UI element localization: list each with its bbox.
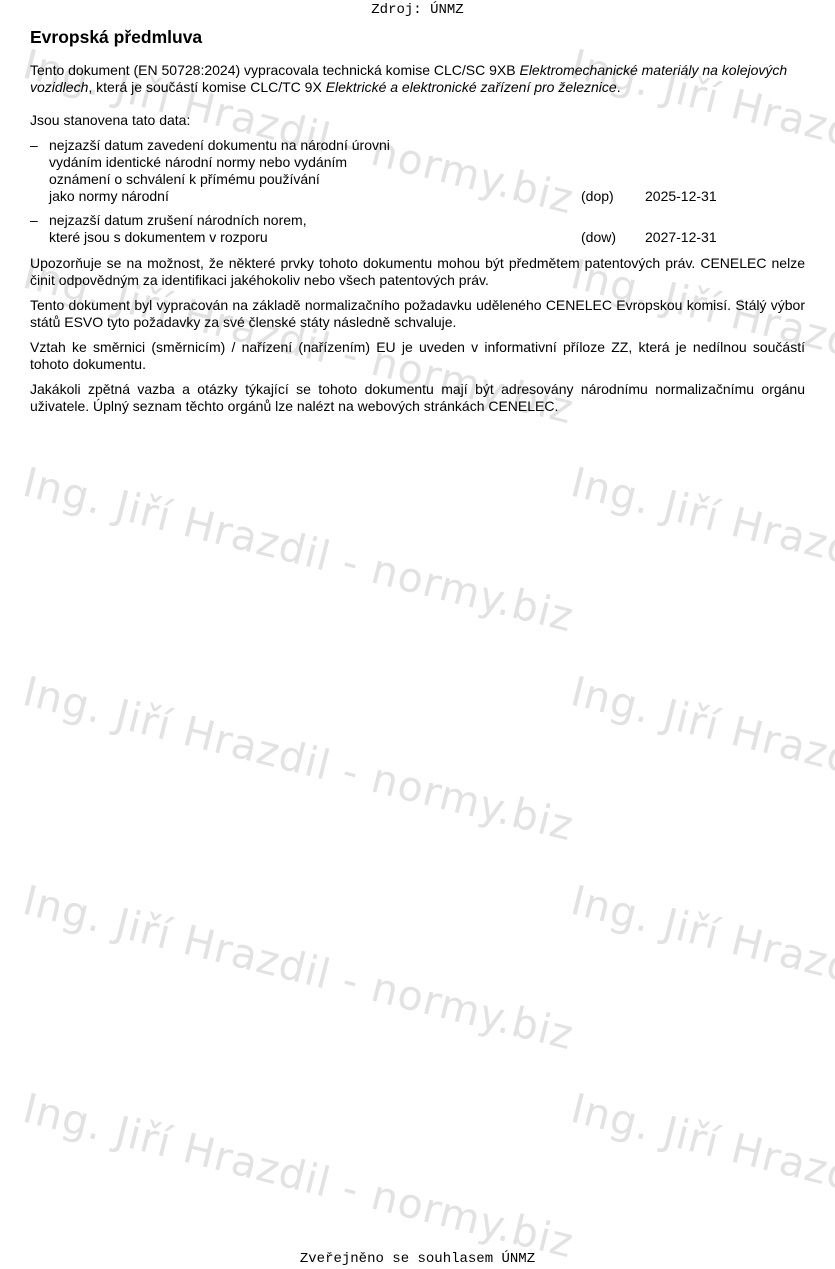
intro-paragraph: Tento dokument (EN 50728:2024) vypracova… <box>30 62 805 96</box>
page-title: Evropská předmluva <box>30 27 202 48</box>
watermark: Ing. Jiří Hrazdil - normy.biz <box>566 1084 835 1267</box>
dates-intro: Jsou stanovena tato data: <box>30 112 805 129</box>
watermark: Ing. Jiří Hrazdil - normy.biz <box>18 876 578 1059</box>
patent-paragraph: Upozorňuje se na možnost, že některé prv… <box>30 255 805 289</box>
published-footer: Zveřejněno se souhlasem ÚNMZ <box>0 1251 835 1267</box>
intro-text: , která je součástí komise CLC/TC 9X <box>88 79 325 95</box>
committee-title: Elektrické a elektronické zařízení pro ž… <box>326 79 617 95</box>
watermark: Ing. Jiří Hrazdil - normy.biz <box>566 458 835 641</box>
watermark: Ing. Jiří Hrazdil - normy.biz <box>566 667 835 850</box>
watermark: Ing. Jiří Hrazdil - normy.biz <box>18 667 578 850</box>
source-header: Zdroj: ÚNMZ <box>0 2 835 18</box>
feedback-paragraph: Jakákoli zpětná vazba a otázky týkající … <box>30 381 805 415</box>
watermark: Ing. Jiří Hrazdil - normy.biz <box>18 1084 578 1267</box>
date-abbreviation: (dow) <box>581 229 616 246</box>
mandate-paragraph: Tento dokument byl vypracován na základě… <box>30 297 805 331</box>
date-abbreviation: (dop) <box>581 188 614 205</box>
watermark: Ing. Jiří Hrazdil - normy.biz <box>566 876 835 1059</box>
eu-directive-paragraph: Vztah ke směrnici (směrnicím) / nařízení… <box>30 339 805 373</box>
date-value: 2027-12-31 <box>645 229 717 246</box>
date-description: nejzazší datum zrušení národních norem, … <box>49 212 307 246</box>
watermark: Ing. Jiří Hrazdil - normy.biz <box>18 458 578 641</box>
dash-bullet: – <box>30 212 38 229</box>
date-value: 2025-12-31 <box>645 188 717 205</box>
intro-text: . <box>617 79 621 95</box>
dash-bullet: – <box>30 137 38 154</box>
date-description: nejzazší datum zavedení dokumentu na nár… <box>49 137 390 205</box>
intro-text: Tento dokument (EN 50728:2024) vypracova… <box>30 62 519 78</box>
